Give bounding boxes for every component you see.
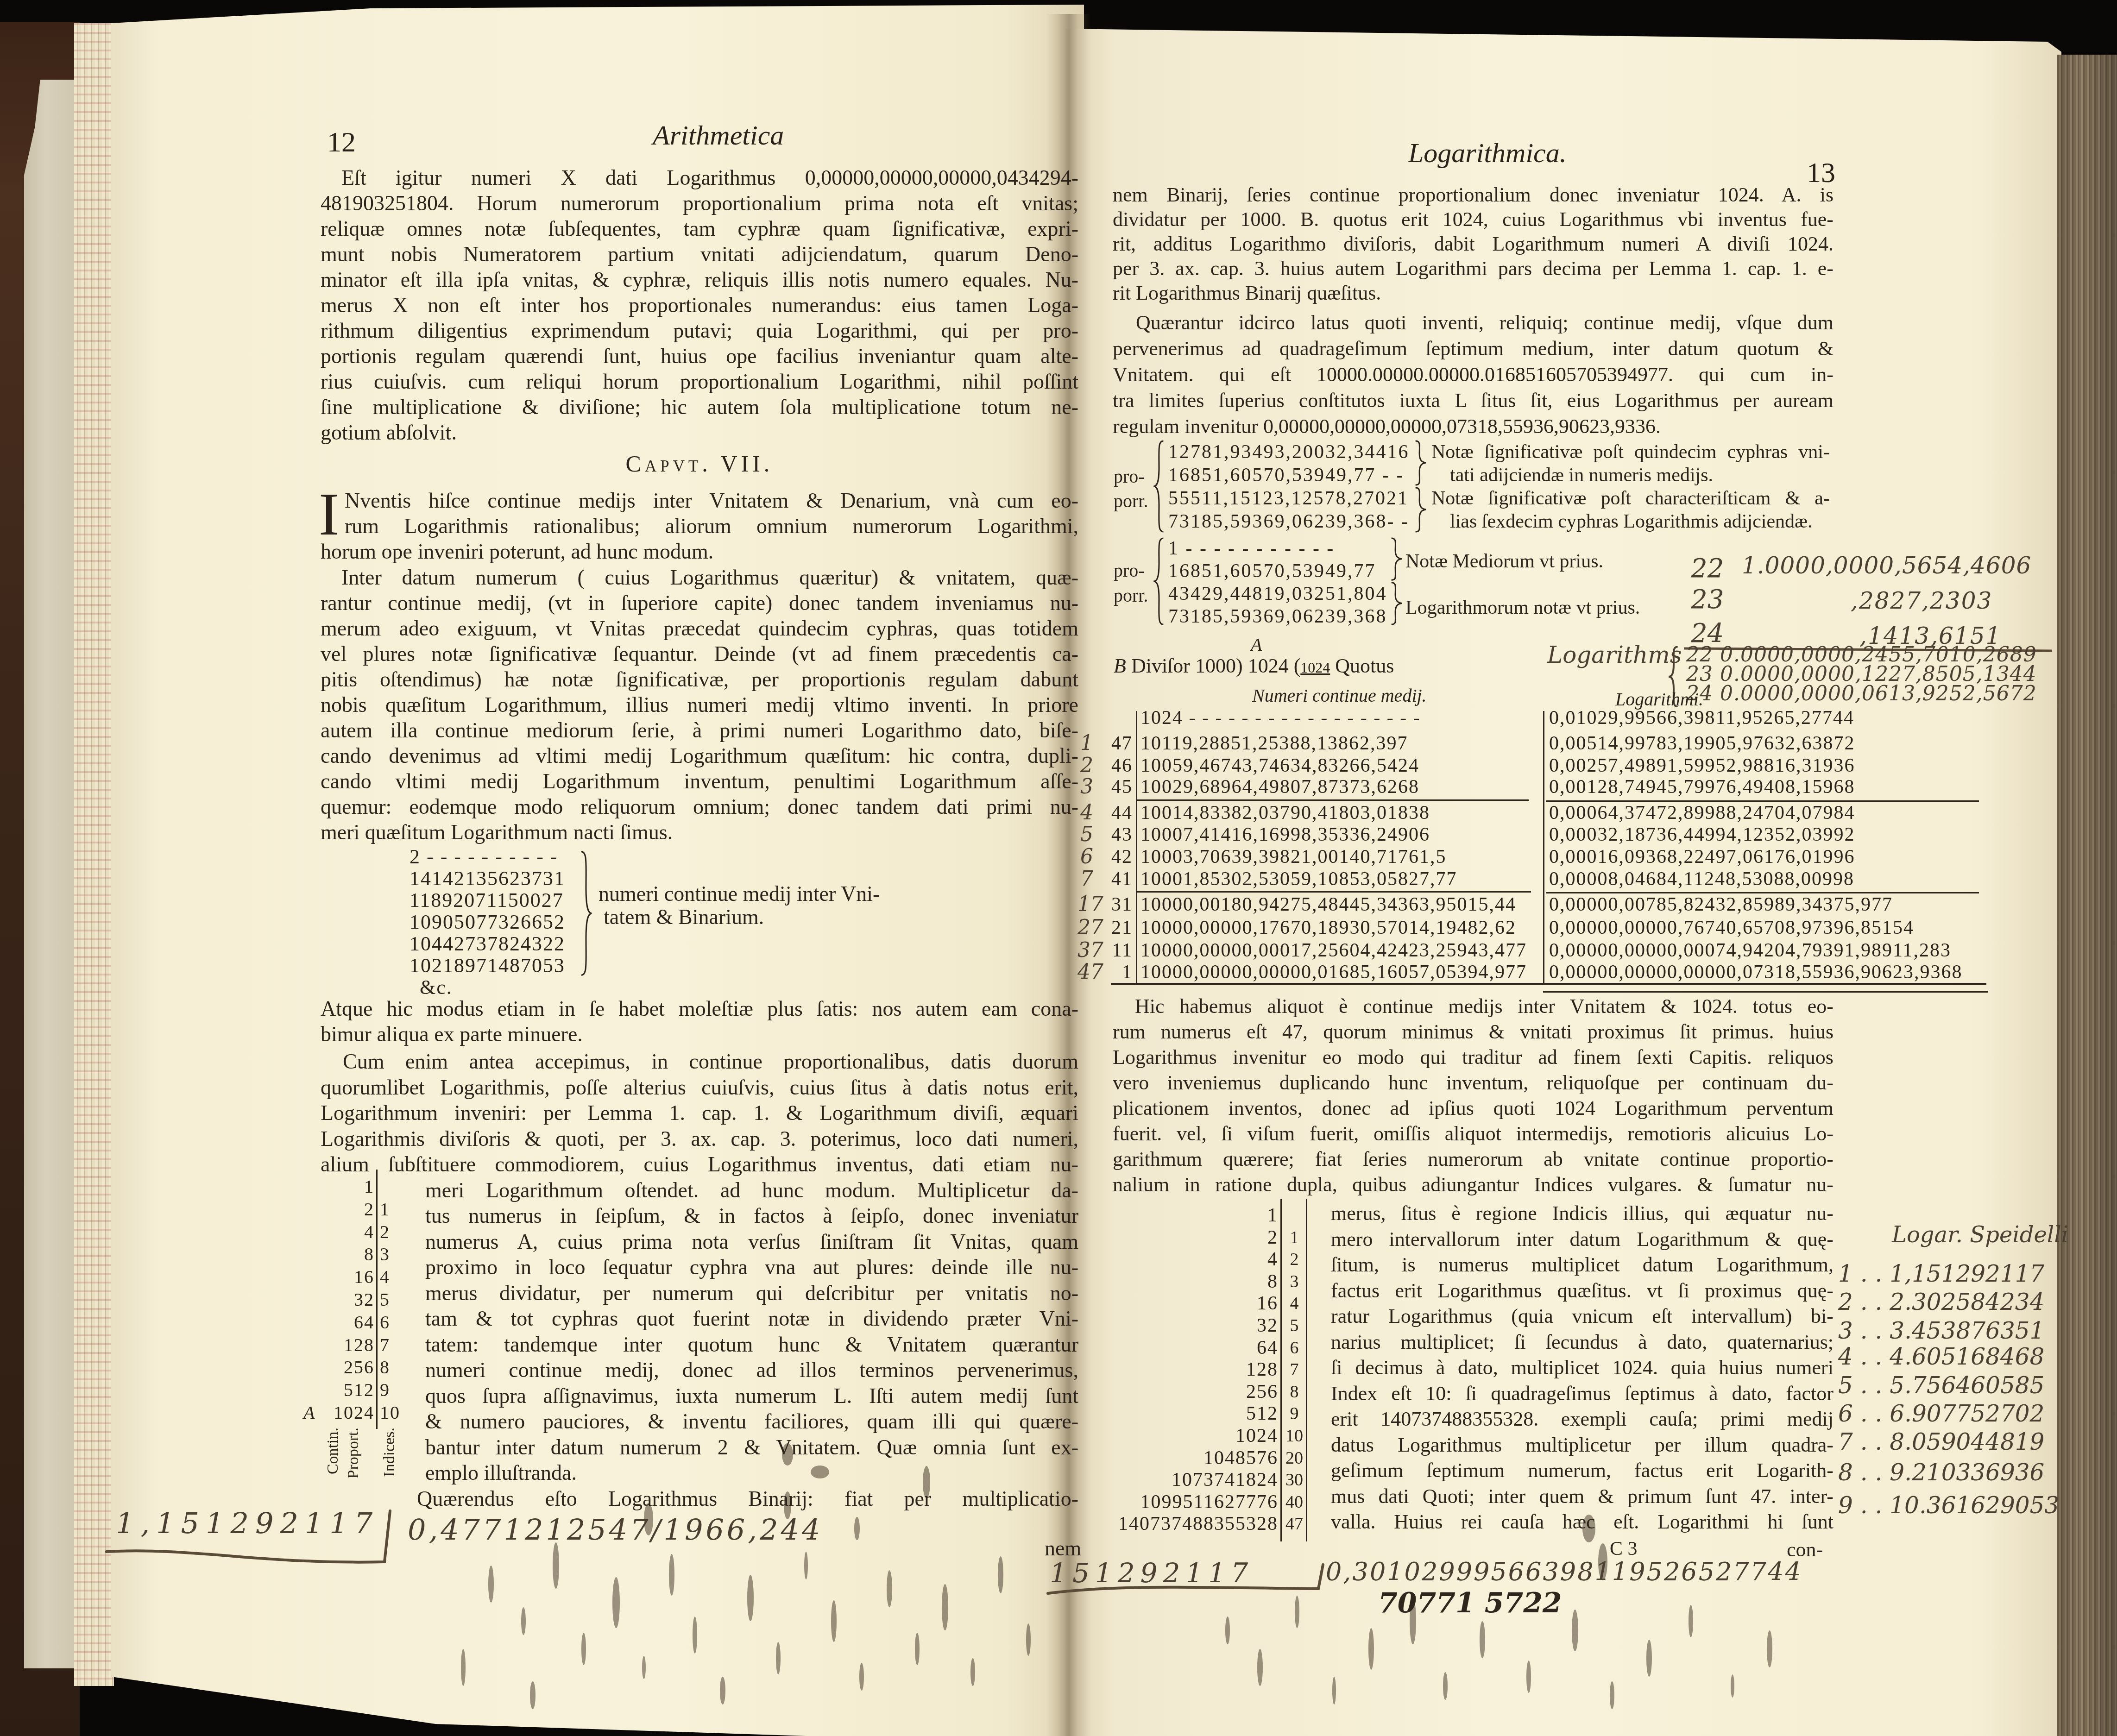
table-number: 1024 - - - - - - - - - - - - - - - - - -	[1140, 707, 1421, 729]
handwritten-scribble: 70771 5722	[1378, 1587, 1562, 1619]
row-value: 3.453876351	[1890, 1317, 2044, 1344]
table-number: 10003,70639,39821,00140,71761,5	[1140, 846, 1447, 868]
left-brace-icon	[1153, 537, 1166, 625]
table-cell: 5	[1282, 1315, 1306, 1337]
marker-b: B	[1114, 654, 1126, 677]
table-cell: 6	[1282, 1337, 1306, 1359]
speidell-row: 2 . . 2.302584234	[1838, 1289, 2044, 1315]
handwritten-root-value: 1.0000,0000,5654,4606	[1742, 552, 2031, 579]
gutter-number: 7	[1080, 867, 1093, 891]
text-line: mus dati Quoti; inter quem & primum ſunt…	[1331, 1484, 1833, 1510]
row-number: 8	[1838, 1459, 1853, 1486]
proportion-label: pro-	[1114, 560, 1145, 581]
table-cell: 1099511627776	[1103, 1491, 1278, 1514]
text-line: ſi decimus à dato, multiplicet 1024. qui…	[1331, 1355, 1833, 1381]
table-cell: 64	[1103, 1337, 1278, 1359]
row-number: 1	[1838, 1260, 1853, 1287]
text-line: ſitum, is numerus multiplicet datum Loga…	[1331, 1252, 1833, 1278]
table-cell: 1	[1103, 1205, 1278, 1227]
table-number: 10000,00000,00000,01685,16057,05394,977	[1140, 961, 1527, 983]
leader-dots: . .	[1860, 1289, 1883, 1315]
table-index: 47	[1109, 732, 1133, 755]
text-line: valla. Huius rei cauſa hæc eſt. Logarith…	[1331, 1509, 1833, 1535]
table-log: 0,00016,09368,22497,06176,01996	[1549, 846, 1855, 868]
text-line: rum numerus eſt 47, quorum minimus & vni…	[1113, 1019, 1833, 1044]
division-line: B Diviſor 1000) 1024 (1024 Quotus	[1114, 654, 1394, 678]
row-value: 6.907752702	[1890, 1400, 2044, 1427]
table-number: 10014,83382,03790,41803,01838	[1140, 802, 1430, 824]
text-line: erit 140737488355328. exempli cauſa; pri…	[1331, 1406, 1833, 1432]
proportion-number: 73185,59369,06239,368	[1168, 605, 1387, 628]
table-number: 10007,41416,16998,35336,24906	[1140, 824, 1430, 846]
speidell-row: 8 . . 9.210336936	[1838, 1459, 2044, 1486]
quotient-label: Quotus	[1335, 654, 1394, 677]
text-line: geſimum ſeptimum numerum, factus erit Lo…	[1331, 1458, 1833, 1484]
table-log: 0,00514,99783,19905,97632,63872	[1549, 732, 1855, 755]
marker-a: A	[1251, 634, 1262, 655]
table-log: 0,01029,99566,39811,95265,27744	[1549, 707, 1854, 729]
table-cell: 512	[1103, 1403, 1278, 1425]
table-log: 0,00000,00785,82432,85989,34375,977	[1549, 893, 1893, 916]
right-paragraph-4: merus, ſitus è regione Indicis illius, q…	[1331, 1201, 1833, 1535]
open-book-spread: 12 Arithmetica Eſt igitur numeri X dati …	[0, 0, 2117, 1736]
handwritten-root-index: 23	[1691, 585, 1724, 615]
table-index: 44	[1109, 802, 1133, 824]
text-line: pervenerimus ad quadrageſimum ſeptimum m…	[1113, 336, 1833, 362]
table-rule	[1137, 891, 1531, 893]
right-brace-icon	[1389, 537, 1405, 625]
proportion-notes: Notæ ſignificativæ poſt quindecim cyphra…	[1431, 440, 1830, 533]
table-cell: 3	[1282, 1271, 1306, 1293]
leader-dots: . .	[1860, 1260, 1883, 1287]
handwritten-speidell-title: Logar. Speidelli	[1892, 1222, 2068, 1248]
table-log: 0,00128,74945,79976,49408,15968	[1549, 776, 1855, 798]
table-number: 10000,00000,17670,18930,57014,19482,62	[1140, 917, 1516, 939]
table-cell: 10	[1282, 1425, 1306, 1447]
table-number: 10119,28851,25388,13862,397	[1140, 732, 1408, 755]
table-log: 0,00032,18736,44994,12352,03992	[1549, 824, 1855, 846]
table-number: 10000,00000,00017,25604,42423,25943,477	[1140, 939, 1527, 962]
proportion-number: 12781,93493,20032,34416	[1168, 440, 1410, 464]
table-cell: 8	[1103, 1271, 1278, 1293]
proportion-numbers: 1 - - - - - - - - - - - 16851,60570,5394…	[1168, 537, 1387, 628]
table-rule	[1280, 1199, 1282, 1541]
gutter-number: 1	[1080, 731, 1093, 755]
row-value: 1,151292117	[1890, 1260, 2044, 1287]
proportion-label: porr.	[1114, 585, 1148, 606]
table-cell: 4	[1103, 1249, 1278, 1271]
row-value: 2.302584234	[1890, 1289, 2044, 1315]
gutter-number: 4	[1080, 801, 1093, 824]
table-log: 0,00064,37472,89988,24704,07984	[1549, 802, 1855, 824]
table-cell: 1073741824	[1103, 1469, 1278, 1491]
powers-table-numbers: 1 2 4 8 16 32 64 128 256 512 1024 104857…	[1103, 1205, 1278, 1535]
row-value: 4.605168468	[1890, 1343, 2044, 1370]
table-cell: 8	[1282, 1381, 1306, 1403]
table-cell: 1024	[1103, 1425, 1278, 1447]
text-line: datus Logarithmus multiplicetur per illu…	[1331, 1432, 1833, 1458]
speidell-row: 6 . . 6.907752702	[1838, 1400, 2044, 1427]
note-line: Notæ ſignificativæ poſt quindecim cyphra…	[1431, 440, 1830, 464]
text-line: Hic habemus aliquot è continue medijs in…	[1113, 994, 1833, 1019]
text-line: rit Logarithmus Binarij quæſitus.	[1113, 281, 1833, 305]
text-line: fuerit. vel, ſi viſum fuerit, omiſſis al…	[1113, 1121, 1833, 1146]
row-value: 10.361629053	[1890, 1492, 2059, 1519]
handwritten-root-value: ,2827,2303	[1851, 587, 1992, 614]
gutter-number: 17	[1077, 893, 1103, 916]
row-value: 5.756460585	[1890, 1372, 2044, 1399]
proportion-note: Notæ Mediorum vt prius.	[1405, 550, 1603, 572]
table-index: 45	[1109, 776, 1133, 798]
table-log: 0,00008,04684,11248,53088,00998	[1549, 868, 1854, 890]
row-number: 3	[1838, 1317, 1853, 1344]
table-cell: 40	[1282, 1491, 1306, 1514]
leader-dots: . .	[1860, 1492, 1883, 1519]
row-number: 6	[1838, 1400, 1853, 1427]
right-brace-icon	[1413, 440, 1429, 533]
proportion-note: Logarithmorum notæ vt prius.	[1405, 597, 1640, 619]
note-line: Notæ ſignificativæ poſt characteriſticam…	[1431, 487, 1830, 510]
table-index: 46	[1109, 755, 1133, 777]
table-rule	[1543, 711, 1544, 983]
handwritten-logarithms-label: Logarithms	[1547, 642, 1682, 668]
handwritten-log-row: 24 0.0000,0000,0613,9252,5672	[1686, 684, 2037, 704]
row-number: 7	[1838, 1428, 1853, 1455]
table-index: 31	[1109, 893, 1133, 916]
table-index: 43	[1109, 824, 1133, 846]
table-cell: 128	[1103, 1359, 1278, 1381]
proportion-number: 73185,59369,06239,368- -	[1168, 510, 1410, 533]
text-line: nalium in ratione dupla, quibus adiungan…	[1113, 1172, 1833, 1197]
leader-dots: . .	[1860, 1317, 1883, 1344]
table-index	[1109, 707, 1133, 729]
log-value: 0.0000,0000,0613,9252,5672	[1720, 682, 2037, 705]
proportion-label: porr.	[1114, 490, 1148, 512]
table-log: 0,00000,00000,76740,65708,97396,85154	[1549, 917, 1914, 939]
row-number: 4	[1838, 1343, 1853, 1370]
division-text: Diviſor 1000) 1024 (	[1131, 654, 1300, 677]
table-index: 42	[1109, 846, 1133, 868]
handwritten-logarithms: 22 0.0000,0000,2455,7010,2689 23 0.0000,…	[1686, 645, 2037, 704]
left-brace-icon	[1153, 440, 1166, 533]
note-line: tati adijciendæ in numeris medijs.	[1431, 464, 1830, 487]
gutter-number: 3	[1080, 775, 1093, 799]
text-line: nem Binarij, ſeries continue proportiona…	[1113, 182, 1833, 207]
table-cell: 140737488355328	[1103, 1513, 1278, 1535]
right-paragraph-2: Quærantur idcirco latus quoti inventi, r…	[1113, 310, 1833, 440]
speidell-row: 1 . . 1,151292117	[1838, 1260, 2044, 1287]
leader-dots: . .	[1860, 1372, 1883, 1399]
text-line: per 3. ax. cap. 3. huius autem Logarithm…	[1113, 256, 1833, 281]
proportion-number: 55511,15123,12578,27021	[1168, 487, 1410, 510]
table-header-numbers: Numeri continue medij.	[1252, 685, 1427, 706]
row-number: 2	[1838, 1289, 1853, 1315]
text-line: mero intervallorum inter datum Logarithm…	[1331, 1227, 1833, 1252]
handwritten-ln-root: 151292117	[1050, 1557, 1254, 1589]
table-number: 10059,46743,74634,83266,5424	[1140, 755, 1419, 777]
gutter-number: 5	[1080, 823, 1093, 846]
table-log: 0,00000,00000,00074,94204,79391,98911,28…	[1549, 939, 1951, 962]
table-rule	[1543, 991, 1988, 993]
gutter-number: 47	[1077, 960, 1103, 984]
table-cell: 16	[1103, 1293, 1278, 1315]
proportion-numbers: 12781,93493,20032,34416 16851,60570,5394…	[1168, 440, 1410, 533]
speidell-row: 3 . . 3.453876351	[1838, 1317, 2044, 1344]
table-cell: 1	[1282, 1227, 1306, 1249]
leader-dots: . .	[1860, 1459, 1883, 1486]
table-rule	[1136, 711, 1137, 983]
note-line: lias ſexdecim cyphras Logarithmis adijci…	[1431, 510, 1830, 533]
table-index: 21	[1109, 917, 1133, 939]
table-log: 0,00000,00000,00000,07318,55936,90623,93…	[1549, 961, 1963, 983]
text-line: Logarithmus invenitur eo modo qui tradit…	[1113, 1044, 1833, 1070]
row-number: 5	[1838, 1372, 1853, 1399]
text-line: merus, ſitus è regione Indicis illius, q…	[1331, 1201, 1833, 1227]
text-line: Index eſt 10: ſi quadrageſimus ſeptimus …	[1331, 1381, 1833, 1407]
text-line: tra limites ſuperius conſtitutos iuxta L…	[1113, 388, 1833, 414]
table-cell	[1282, 1205, 1306, 1227]
table-cell: 47	[1282, 1513, 1306, 1535]
text-line: rit, additus Logarithmo diviſoris, dabit…	[1113, 232, 1833, 256]
table-cell: 1048576	[1103, 1447, 1278, 1470]
proportion-number: 43429,44819,03251,804	[1168, 583, 1387, 605]
row-value: 8.059044819	[1890, 1428, 2044, 1455]
table-number: 10029,68964,49807,87373,6268	[1140, 776, 1419, 798]
table-index: 41	[1109, 868, 1133, 890]
proportion-number: 1 - - - - - - - - - - -	[1168, 537, 1387, 560]
text-line: vero inveniemus duplicando hunc inventum…	[1113, 1070, 1833, 1095]
handwritten-log-row: 22 0.0000,0000,2455,7010,2689	[1686, 645, 2037, 665]
table-cell: 30	[1282, 1469, 1306, 1491]
handwritten-log2: 0,30102999566398119526527744	[1326, 1557, 1802, 1586]
gutter-number: 27	[1077, 916, 1103, 939]
text-line: garithmum quærere; fiat ſeries numerorum…	[1113, 1146, 1833, 1172]
speidell-row: 7 . . 8.059044819	[1838, 1428, 2044, 1455]
text-line: ratur Logarithmus (quia vnicum eſt inter…	[1331, 1303, 1833, 1329]
powers-table-indices: 1 2 3 4 5 6 7 8 9 10 20 30 40 47	[1282, 1205, 1306, 1535]
text-line: dividatur per 1000. B. quotus erit 1024,…	[1113, 207, 1833, 232]
table-number: 10000,00180,94275,48445,34363,95015,44	[1140, 893, 1516, 916]
gutter-number: 2	[1080, 754, 1093, 777]
speidell-row: 9 . . 10.361629053	[1838, 1492, 2059, 1519]
proportion-label: pro-	[1114, 465, 1145, 487]
text-line: regulam invenitur 0,00000,00000,00000,07…	[1113, 414, 1833, 440]
table-cell: 7	[1282, 1359, 1306, 1381]
text-line: Vnitatem. qui eſt 10000.00000.00000.0168…	[1113, 362, 1833, 388]
gutter-number: 6	[1080, 845, 1093, 868]
leader-dots: . .	[1860, 1343, 1883, 1370]
leader-dots: . .	[1860, 1400, 1883, 1427]
table-cell: 2	[1103, 1227, 1278, 1249]
table-cell: 20	[1282, 1447, 1306, 1470]
table-rule	[1137, 799, 1529, 801]
speidell-row: 5 . . 5.756460585	[1838, 1372, 2044, 1399]
table-cell: 256	[1103, 1381, 1278, 1403]
text-line: plicationem inventos, donec ad ipſius qu…	[1113, 1095, 1833, 1121]
table-number: 10001,85302,53059,10853,05827,77	[1140, 868, 1457, 890]
text-line: factus erit Logarithmus quæſitus. vt ſi …	[1331, 1278, 1833, 1304]
table-index: 1	[1109, 961, 1133, 983]
row-value: 9.210336936	[1890, 1459, 2044, 1486]
handwritten-root-index: 22	[1691, 554, 1724, 584]
right-paragraph-3: Hic habemus aliquot è continue medijs in…	[1113, 994, 1833, 1197]
right-paragraph-1: nem Binarij, ſeries continue proportiona…	[1113, 182, 1833, 305]
table-log: 0,00257,49891,59952,98816,31936	[1549, 755, 1855, 777]
table-cell: 4	[1282, 1293, 1306, 1315]
running-head-right: Logarithmica.	[1408, 137, 1567, 169]
gutter-number: 37	[1077, 938, 1103, 962]
speidell-row: 4 . . 4.605168468	[1838, 1343, 2044, 1370]
proportion-number: 16851,60570,53949,77	[1168, 560, 1387, 583]
leader-dots: . .	[1860, 1428, 1883, 1455]
handwritten-log-row: 23 0.0000,0000,1227,8505,1344	[1686, 665, 2037, 684]
quotient: 1024	[1300, 659, 1330, 676]
signature-mark: C 3	[1610, 1538, 1638, 1560]
table-cell: 9	[1282, 1403, 1306, 1425]
row-number: 9	[1838, 1492, 1853, 1519]
table-index: 11	[1109, 939, 1133, 962]
text-line: narius multiplicet; ſi ſecundus à dato, …	[1331, 1329, 1833, 1355]
table-cell: 32	[1103, 1315, 1278, 1337]
proportion-number: 16851,60570,53949,77 - -	[1168, 464, 1410, 487]
table-cell: 2	[1282, 1249, 1306, 1271]
text-line: Quærantur idcirco latus quoti inventi, r…	[1113, 310, 1833, 336]
